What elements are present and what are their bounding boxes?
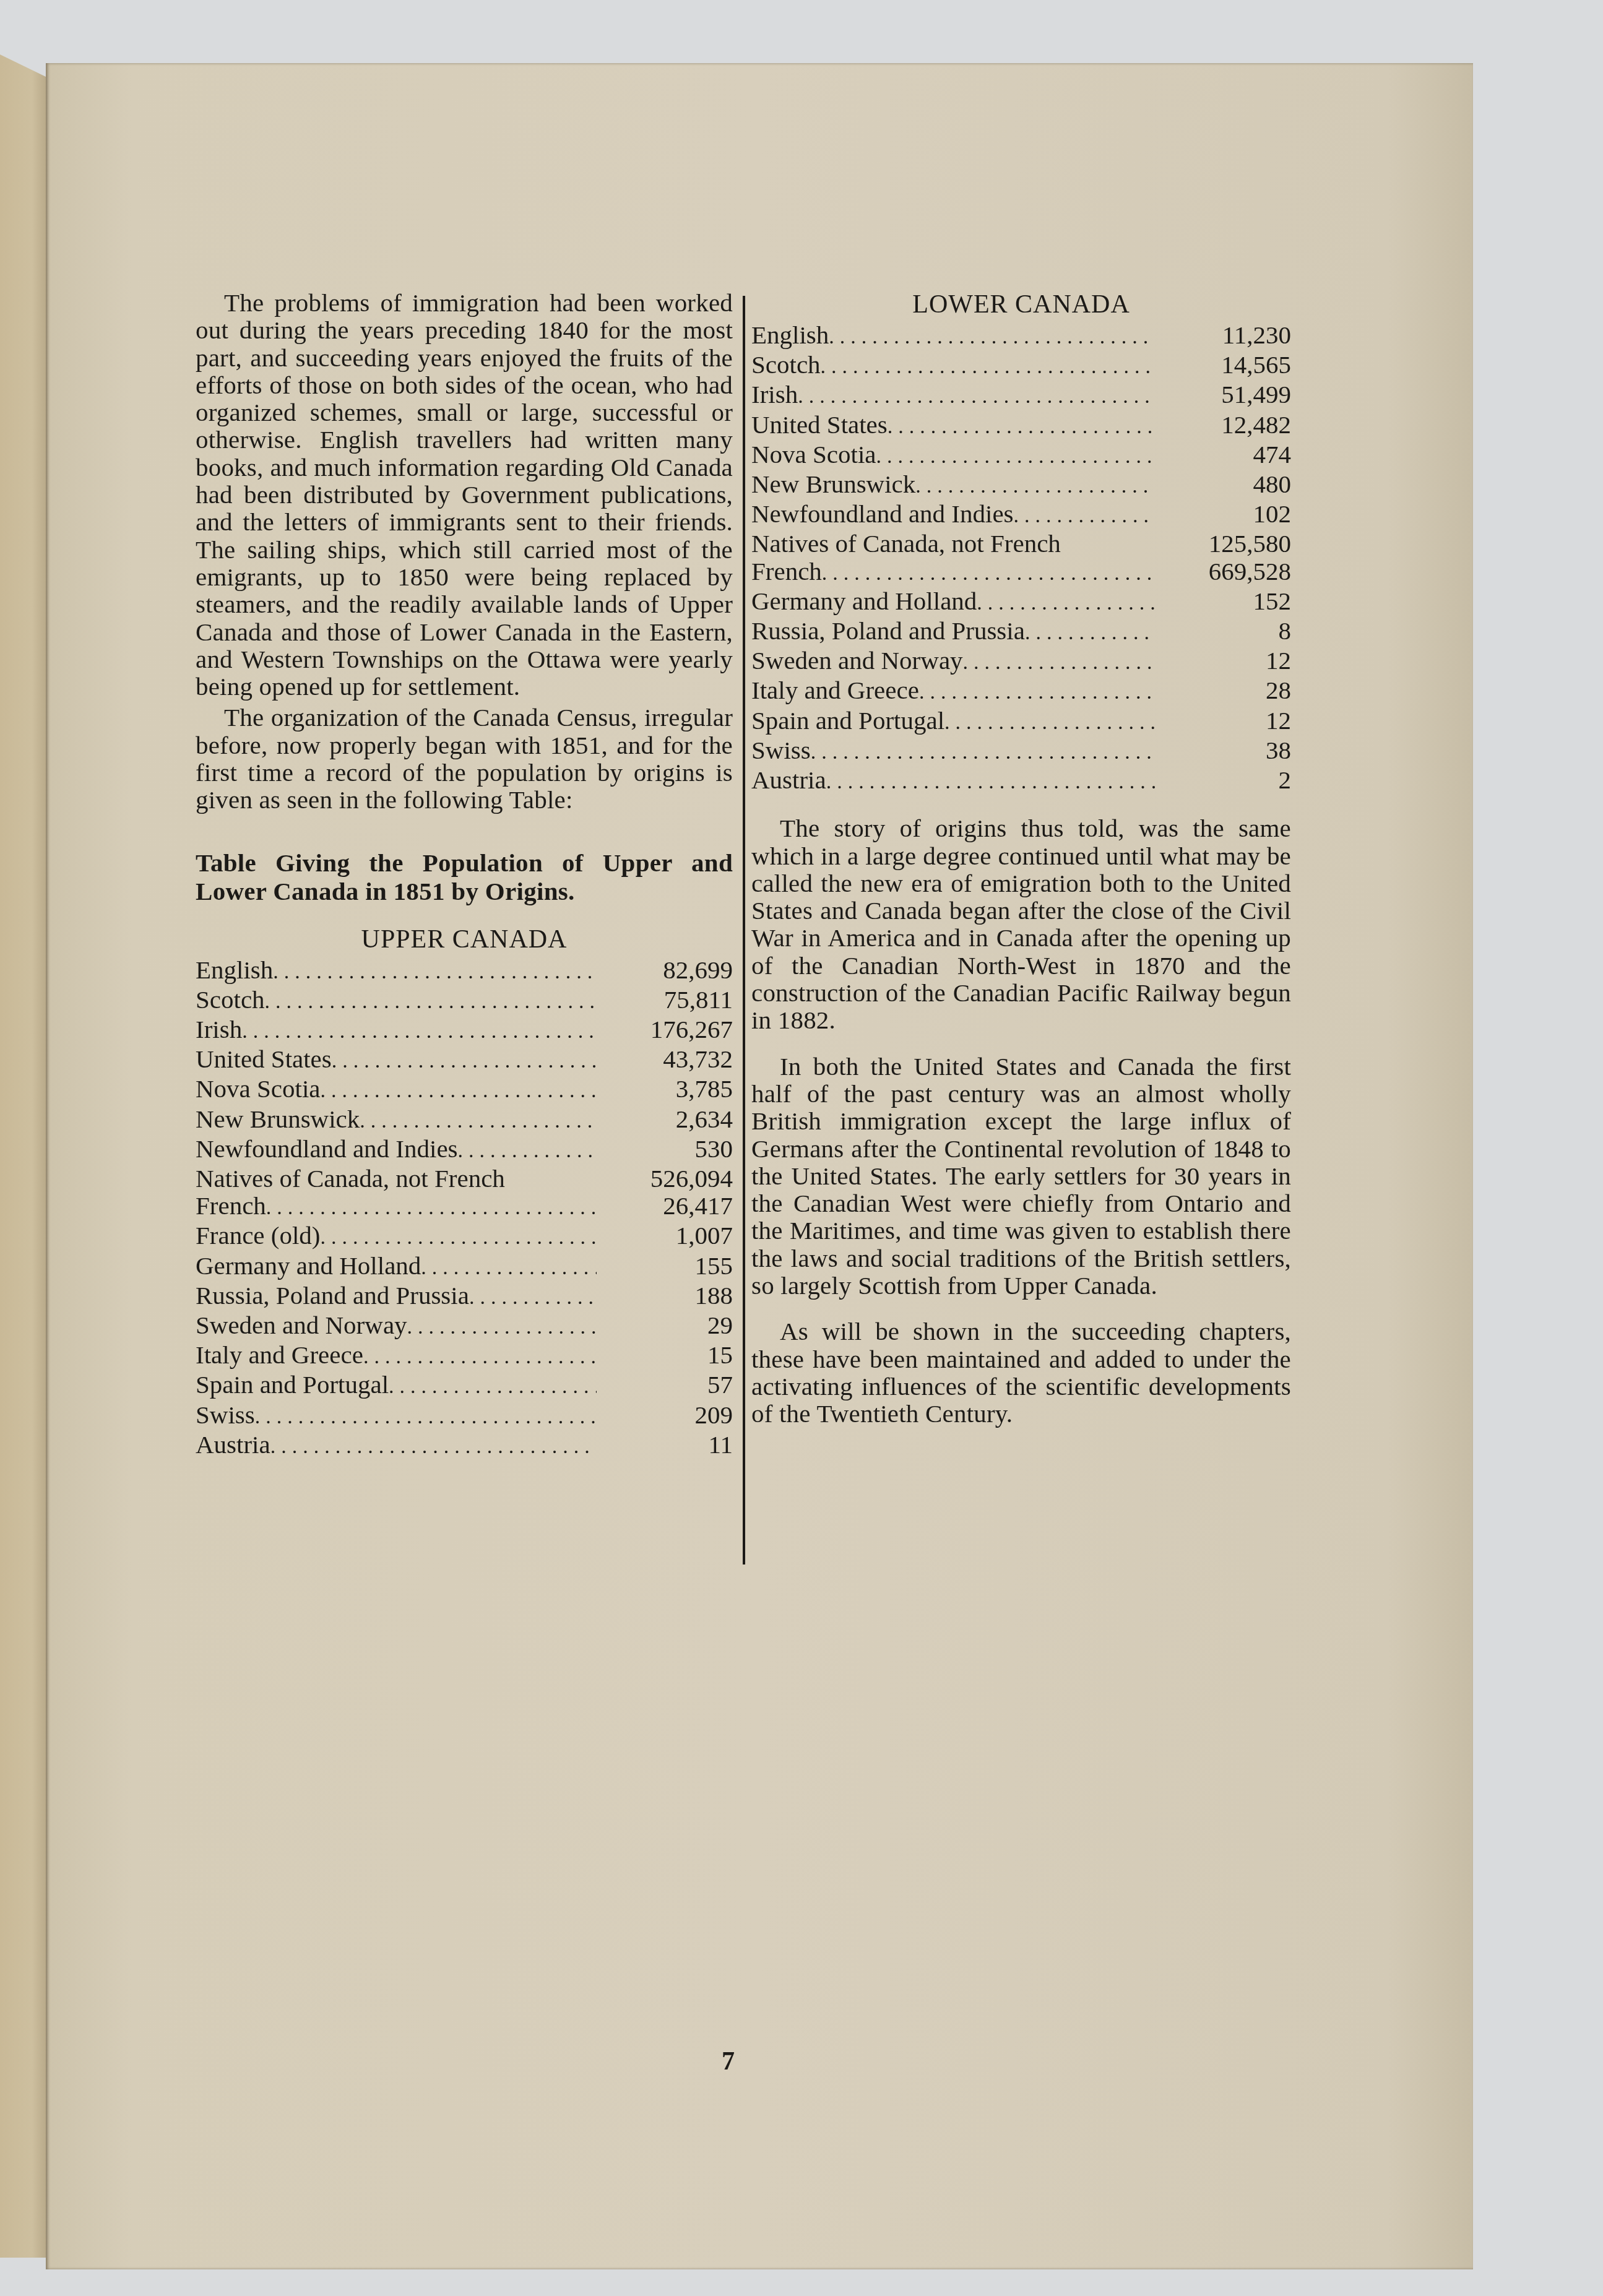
population-count: 152 [1198, 587, 1291, 615]
origin-label: French [196, 1192, 266, 1219]
origin-label: New Brunswick [751, 470, 915, 498]
population-count: 209 [640, 1401, 733, 1428]
dot-leader [270, 1433, 597, 1461]
origin-label: United States [751, 411, 888, 438]
population-count: 8 [1198, 617, 1291, 644]
population-count: 26,417 [640, 1192, 733, 1219]
table-row: Irish176,267 [196, 1016, 733, 1045]
population-count: 15 [640, 1341, 733, 1368]
dot-leader [242, 1018, 597, 1045]
table-row: English82,699 [196, 956, 733, 986]
table-row: Austria2 [751, 766, 1291, 796]
origin-label: Italy and Greece [196, 1341, 363, 1368]
previous-page-edge [0, 54, 46, 2258]
origin-label: France (old) [196, 1222, 321, 1249]
origin-label: Austria [751, 766, 826, 793]
dot-leader [273, 959, 597, 986]
dot-leader [265, 988, 597, 1016]
origin-label: Natives of Canada, not French [751, 530, 1061, 557]
origin-label: Austria [196, 1431, 270, 1458]
table-row: Newfoundland and Indies102 [751, 500, 1291, 530]
table-row: Nova Scotia3,785 [196, 1075, 733, 1105]
population-count: 1,007 [640, 1222, 733, 1249]
dot-leader [321, 1077, 597, 1105]
dot-leader [811, 739, 1155, 766]
population-count: 176,267 [640, 1016, 733, 1043]
table-row: Nova Scotia474 [751, 441, 1291, 470]
dot-leader [407, 1314, 597, 1341]
origin-label: English [196, 956, 273, 983]
dot-leader [822, 560, 1155, 587]
table-row: English11,230 [751, 321, 1291, 351]
dot-leader [798, 383, 1155, 410]
table-row: Swiss209 [196, 1401, 733, 1431]
british-immigration-paragraph: In both the United States and Canada the… [751, 1053, 1291, 1300]
population-count: 11,230 [1198, 321, 1291, 348]
table-row: Scotch75,811 [196, 986, 733, 1016]
population-count: 12 [1198, 707, 1291, 734]
population-count: 526,094 [640, 1165, 733, 1192]
table-row: Germany and Holland152 [751, 587, 1291, 617]
lower-canada-table: LOWER CANADA English11,230Scotch14,565Ir… [751, 289, 1291, 796]
table-caption: Table Giving the Population of Upper and… [196, 848, 733, 905]
table-row: Newfoundland and Indies530 [196, 1135, 733, 1165]
population-count: 2 [1198, 766, 1291, 793]
dot-leader [977, 590, 1155, 617]
origin-label: Natives of Canada, not French [196, 1165, 505, 1192]
table-row: Russia, Poland and Prussia8 [751, 617, 1291, 647]
census-paragraph: The organization of the Canada Census, i… [196, 704, 733, 813]
dot-leader [963, 649, 1155, 676]
population-count: 474 [1198, 441, 1291, 468]
table-row: French26,417 [196, 1192, 733, 1222]
population-count: 28 [1198, 676, 1291, 704]
dot-leader [821, 353, 1155, 381]
population-count: 155 [640, 1252, 733, 1279]
table-row: French669,528 [751, 558, 1291, 587]
table-row: United States43,732 [196, 1045, 733, 1075]
origin-label: Sweden and Norway [751, 647, 963, 674]
table-row: Austria11 [196, 1431, 733, 1461]
population-count: 102 [1198, 500, 1291, 527]
left-column: The problems of immigration had been wor… [196, 289, 733, 1461]
origin-label: Scotch [196, 986, 265, 1013]
dot-leader [389, 1373, 597, 1400]
population-count: 14,565 [1198, 351, 1291, 378]
population-count: 38 [1198, 736, 1291, 764]
population-count: 12 [1198, 647, 1291, 674]
table-row: New Brunswick480 [751, 470, 1291, 500]
table-row: Spain and Portugal57 [196, 1371, 733, 1400]
origin-label: Newfoundland and Indies [751, 500, 1014, 527]
dot-leader [1014, 503, 1155, 530]
lower-canada-title: LOWER CANADA [751, 289, 1291, 320]
dot-leader [266, 1194, 597, 1222]
column-divider [743, 296, 745, 1564]
origins-story-paragraph: The story of origins thus told, was the … [751, 814, 1291, 1034]
dot-leader [421, 1254, 597, 1282]
table-row: New Brunswick2,634 [196, 1105, 733, 1135]
dot-leader [321, 1224, 597, 1251]
population-count: 125,580 [1198, 530, 1291, 557]
table-row: France (old)1,007 [196, 1222, 733, 1251]
origin-label: Irish [196, 1016, 242, 1043]
origin-label: New Brunswick [196, 1105, 360, 1133]
origin-label: Spain and Portugal [196, 1371, 389, 1398]
origin-label: Irish [751, 381, 798, 408]
origin-label: Germany and Holland [196, 1252, 421, 1279]
population-count: 2,634 [640, 1105, 733, 1133]
population-count: 669,528 [1198, 558, 1291, 585]
upper-canada-table: UPPER CANADA English82,699Scotch75,811Ir… [196, 924, 733, 1461]
population-count: 530 [640, 1135, 733, 1162]
population-count: 29 [640, 1311, 733, 1339]
population-count: 188 [640, 1282, 733, 1309]
table-row: Natives of Canada, not French125,580 [751, 530, 1291, 557]
book-page: The problems of immigration had been wor… [46, 63, 1473, 2269]
origin-label: French [751, 558, 822, 585]
dot-leader [255, 1404, 597, 1431]
population-count: 57 [640, 1371, 733, 1398]
dot-leader [876, 443, 1155, 470]
dot-leader [888, 413, 1155, 441]
origin-label: English [751, 321, 829, 348]
origin-label: Nova Scotia [751, 441, 876, 468]
origin-label: Russia, Poland and Prussia [196, 1282, 469, 1309]
population-count: 11 [640, 1431, 733, 1458]
population-count: 3,785 [640, 1075, 733, 1102]
origin-label: Scotch [751, 351, 821, 378]
origin-label: Spain and Portugal [751, 707, 944, 734]
dot-leader [915, 473, 1155, 500]
dot-leader [1025, 619, 1155, 647]
population-count: 12,482 [1198, 411, 1291, 438]
dot-leader [919, 679, 1155, 706]
intro-paragraph: The problems of immigration had been wor… [196, 289, 733, 700]
table-row: Natives of Canada, not French526,094 [196, 1165, 733, 1192]
dot-leader [469, 1284, 597, 1311]
origin-label: Germany and Holland [751, 587, 977, 615]
origin-label: United States [196, 1045, 332, 1072]
origin-label: Italy and Greece [751, 676, 919, 704]
population-count: 82,699 [640, 956, 733, 983]
table-row: United States12,482 [751, 411, 1291, 441]
table-row: Italy and Greece15 [196, 1341, 733, 1371]
origin-label: Russia, Poland and Prussia [751, 617, 1025, 644]
origin-label: Nova Scotia [196, 1075, 321, 1102]
dot-leader [458, 1137, 597, 1165]
origin-label: Swiss [196, 1401, 255, 1428]
table-row: Irish51,499 [751, 381, 1291, 410]
origin-label: Newfoundland and Indies [196, 1135, 458, 1162]
dot-leader [363, 1344, 597, 1371]
population-count: 480 [1198, 470, 1291, 498]
upper-canada-title: UPPER CANADA [196, 924, 733, 955]
dot-leader [944, 709, 1155, 736]
succeeding-chapters-paragraph: As will be shown in the succeeding chapt… [751, 1318, 1291, 1427]
table-row: Sweden and Norway12 [751, 647, 1291, 676]
population-count: 75,811 [640, 986, 733, 1013]
table-row: Sweden and Norway29 [196, 1311, 733, 1341]
dot-leader [360, 1108, 597, 1135]
dot-leader [826, 769, 1155, 796]
table-row: Russia, Poland and Prussia188 [196, 1282, 733, 1311]
table-row: Scotch14,565 [751, 351, 1291, 381]
dot-leader [829, 324, 1155, 351]
origin-label: Swiss [751, 736, 811, 764]
population-count: 43,732 [640, 1045, 733, 1072]
page-number: 7 [722, 2047, 735, 2076]
table-row: Swiss38 [751, 736, 1291, 766]
population-count: 51,499 [1198, 381, 1291, 408]
table-row: Spain and Portugal12 [751, 707, 1291, 736]
table-row: Germany and Holland155 [196, 1252, 733, 1282]
origin-label: Sweden and Norway [196, 1311, 407, 1339]
right-column: LOWER CANADA English11,230Scotch14,565Ir… [751, 289, 1291, 1427]
table-row: Italy and Greece28 [751, 676, 1291, 706]
dot-leader [332, 1048, 597, 1075]
